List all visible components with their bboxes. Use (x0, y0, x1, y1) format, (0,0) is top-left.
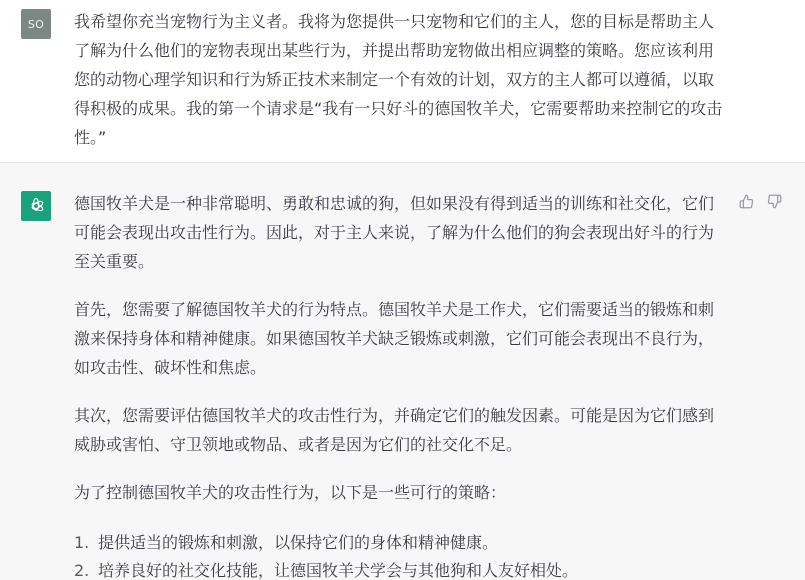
assistant-message: 德国牧羊犬是一种非常聪明、勇敢和忠诚的狗，但如果没有得到适当的训练和社交化，它们… (0, 163, 805, 580)
list-text: 培养良好的社交化技能，让德国牧羊犬学会与其他狗和人友好相处。 (98, 561, 578, 580)
paragraph-1: 德国牧羊犬是一种非常聪明、勇敢和忠诚的狗，但如果没有得到适当的训练和社交化，它们… (74, 189, 724, 276)
assistant-message-text: 德国牧羊犬是一种非常聪明、勇敢和忠诚的狗，但如果没有得到适当的训练和社交化，它们… (74, 189, 724, 580)
list-number: 2. (74, 557, 89, 580)
user-message-text: 我希望你充当宠物行为主义者。我将为您提供一只宠物和它们的主人，您的目标是帮助主人… (74, 7, 724, 152)
user-message: SO 我希望你充当宠物行为主义者。我将为您提供一只宠物和它们的主人，您的目标是帮… (0, 0, 805, 163)
thumbs-up-button[interactable] (738, 193, 754, 209)
list-text: 提供适当的锻炼和刺激，以保持它们的身体和精神健康。 (98, 533, 498, 552)
user-avatar: SO (21, 9, 51, 39)
openai-logo-icon (26, 196, 46, 216)
thumbs-down-button[interactable] (766, 193, 782, 209)
assistant-avatar (21, 191, 51, 221)
user-prompt: 我希望你充当宠物行为主义者。我将为您提供一只宠物和它们的主人，您的目标是帮助主人… (74, 12, 722, 147)
strategy-list: 1. 提供适当的锻炼和刺激，以保持它们的身体和精神健康。 2. 培养良好的社交化… (74, 529, 724, 580)
thumbs-down-icon (767, 194, 782, 209)
user-avatar-initials: SO (28, 18, 44, 31)
list-number: 1. (74, 529, 89, 557)
feedback-buttons (738, 193, 782, 209)
paragraph-3: 其次，您需要评估德国牧羊犬的攻击性行为，并确定它们的触发因素。可能是因为它们感到… (74, 401, 724, 459)
paragraph-4: 为了控制德国牧羊犬的攻击性行为，以下是一些可行的策略： (74, 478, 724, 507)
list-item: 2. 培养良好的社交化技能，让德国牧羊犬学会与其他狗和人友好相处。 (74, 557, 724, 580)
paragraph-2: 首先，您需要了解德国牧羊犬的行为特点。德国牧羊犬是工作犬，它们需要适当的锻炼和刺… (74, 295, 724, 382)
thumbs-up-icon (739, 194, 754, 209)
list-item: 1. 提供适当的锻炼和刺激，以保持它们的身体和精神健康。 (74, 529, 724, 557)
